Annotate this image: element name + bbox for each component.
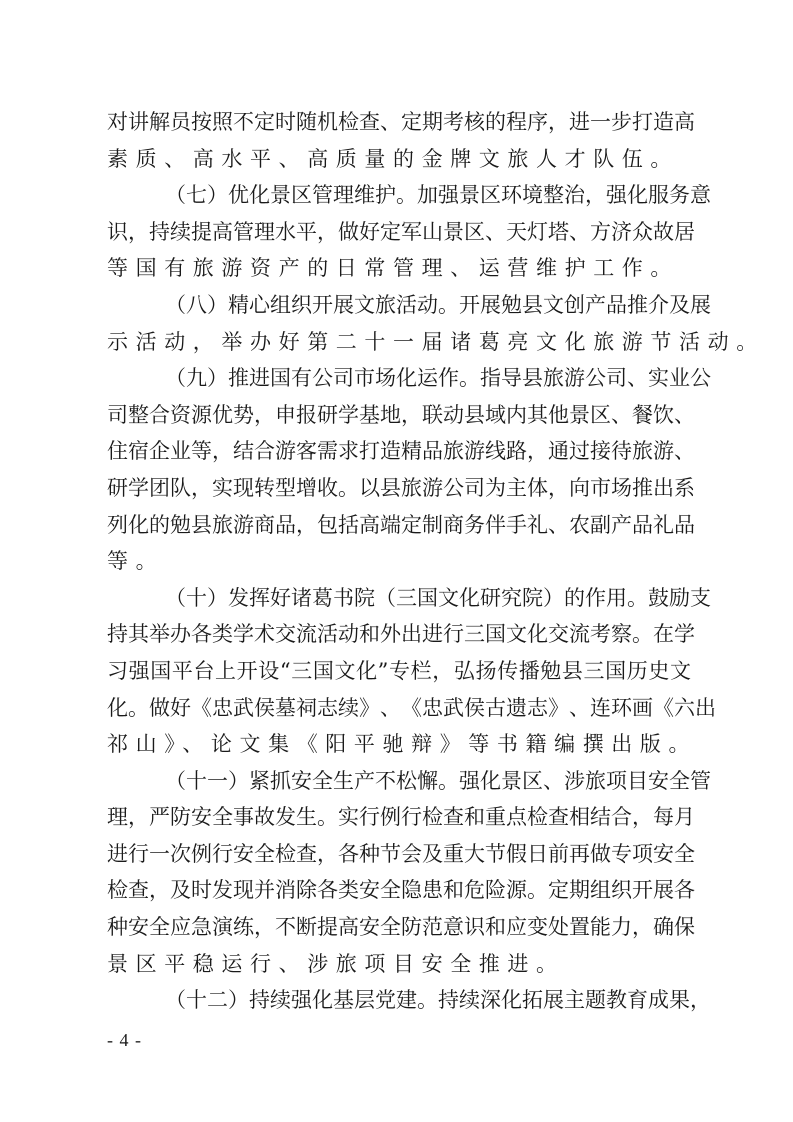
text-line: 进行一次例行安全检查，各种节会及重大节假日前再做专项安全 <box>107 836 691 873</box>
text-line: （十二）持续强化基层党建。持续深化拓展主题教育成果， <box>107 982 691 1019</box>
page-number: - 4 - <box>107 1030 142 1051</box>
text-line: 示活动，举办好第二十一届诸葛亮文化旅游节活动。 <box>107 324 691 361</box>
text-line: 住宿企业等，结合游客需求打造精品旅游线路，通过接待旅游、 <box>107 433 691 470</box>
text-line: 对讲解员按照不定时随机检查、定期考核的程序，进一步打造高 <box>107 104 691 141</box>
text-line: 等国有旅游资产的日常管理、运营维护工作。 <box>107 250 691 287</box>
text-line: 种安全应急演练，不断提高安全防范意识和应变处置能力，确保 <box>107 909 691 946</box>
text-line: 等。 <box>107 543 691 580</box>
document-page: 对讲解员按照不定时随机检查、定期考核的程序，进一步打造高 素质、高水平、高质量的… <box>0 0 793 1122</box>
text-line: （八）精心组织开展文旅活动。开展勉县文创产品推介及展 <box>107 287 691 324</box>
text-line: 识，持续提高管理水平，做好定军山景区、天灯塔、方济众故居 <box>107 214 691 251</box>
text-line: 景区平稳运行、涉旅项目安全推进。 <box>107 946 691 983</box>
text-line: （十一）紧抓安全生产不松懈。强化景区、涉旅项目安全管 <box>107 763 691 800</box>
text-line: 化。做好《忠武侯墓祠志续》、《忠武侯古遗志》、连环画《六出 <box>107 690 691 727</box>
text-line: 检查，及时发现并消除各类安全隐患和危险源。定期组织开展各 <box>107 872 691 909</box>
text-line: 理，严防安全事故发生。实行例行检查和重点检查相结合，每月 <box>107 799 691 836</box>
text-line: （七）优化景区管理维护。加强景区环境整治，强化服务意 <box>107 177 691 214</box>
text-line: 习强国平台上开设“三国文化”专栏，弘扬传播勉县三国历史文 <box>107 653 691 690</box>
text-line: （九）推进国有公司市场化运作。指导县旅游公司、实业公 <box>107 360 691 397</box>
text-line: （十）发挥好诸葛书院（三国文化研究院）的作用。鼓励支 <box>107 580 691 617</box>
text-line: 司整合资源优势，申报研学基地，联动县域内其他景区、餐饮、 <box>107 397 691 434</box>
text-line: 素质、高水平、高质量的金牌文旅人才队伍。 <box>107 141 691 178</box>
text-line: 持其举办各类学术交流活动和外出进行三国文化交流考察。在学 <box>107 616 691 653</box>
text-line: 祁山》、论文集《阳平驰辩》等书籍编撰出版。 <box>107 726 691 763</box>
document-body: 对讲解员按照不定时随机检查、定期考核的程序，进一步打造高 素质、高水平、高质量的… <box>107 104 691 1019</box>
text-line: 研学团队，实现转型增收。以县旅游公司为主体，向市场推出系 <box>107 470 691 507</box>
text-line: 列化的勉县旅游商品，包括高端定制商务伴手礼、农副产品礼品 <box>107 507 691 544</box>
